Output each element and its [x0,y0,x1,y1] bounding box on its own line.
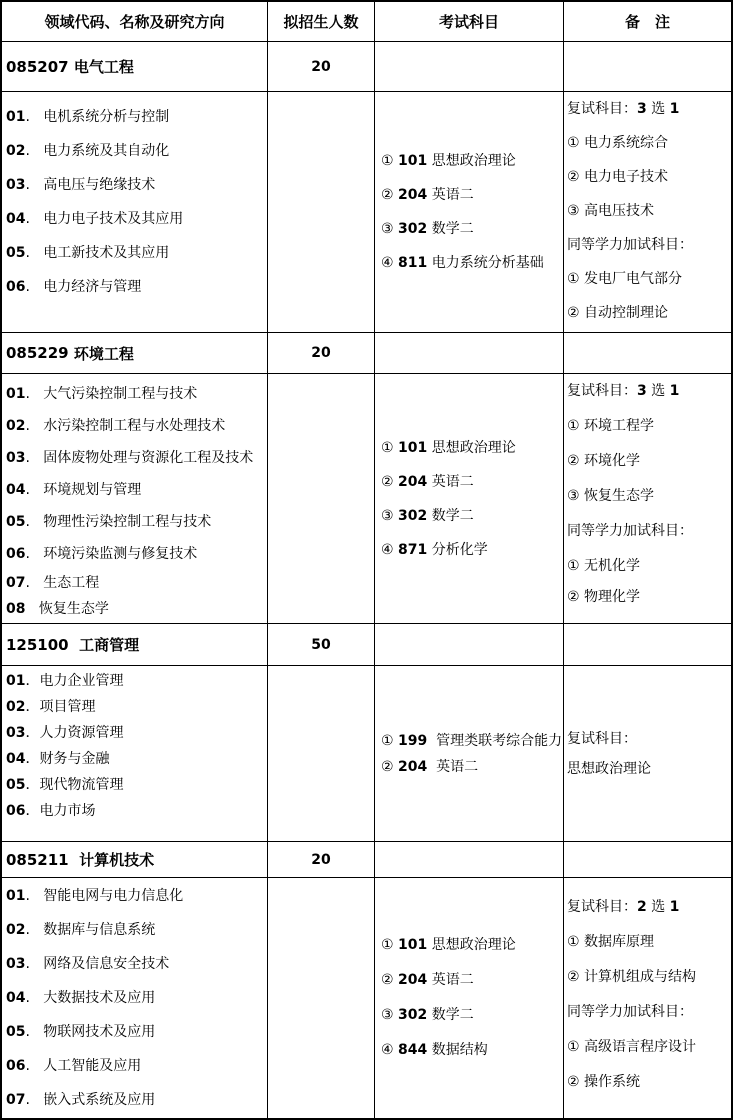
direction-item: 07. 嵌入式系统及应用 [6,1083,267,1117]
remark-item: ② 物理化学 [567,584,731,611]
remarks-list: 复试科目：3 选 1① 环境工程学② 环境化学③ 恢复生态学同等学力加试科目：①… [564,374,731,624]
direction-item: 05. 电工新技术及其应用 [6,236,267,270]
section-body-row: 01. 电机系统分析与控制02. 电力系统及其自动化03. 高电压与绝缘技术04… [2,92,731,333]
remark-item: 思想政治理论 [567,754,731,784]
exam-subject-item: ② 204 英语二 [381,465,563,499]
empty-cell [268,374,375,624]
direction-item: 04．财务与金融 [6,746,267,772]
direction-item: 03．人力资源管理 [6,720,267,746]
enrollment-count: 20 [268,42,375,92]
header-enrollment: 拟招生人数 [268,2,375,42]
direction-item: 06. 人工智能及应用 [6,1049,267,1083]
empty-cell [375,624,564,666]
direction-item: 04. 大数据技术及应用 [6,981,267,1015]
direction-item: 03. 固体废物处理与资源化工程及技术 [6,442,267,474]
remark-item: ② 操作系统 [567,1065,731,1100]
remark-item: ② 计算机组成与结构 [567,960,731,995]
directions-list: 01. 电机系统分析与控制02. 电力系统及其自动化03. 高电压与绝缘技术04… [2,92,268,333]
exam-subject-item: ③ 302 数学二 [381,998,563,1033]
direction-item: 01. 大气污染控制工程与技术 [6,378,267,410]
empty-cell [375,842,564,878]
remark-item: ③ 高电压技术 [567,194,731,228]
exam-subject-item: ④ 811 电力系统分析基础 [381,246,563,280]
empty-cell [564,842,731,878]
directions-list: 01．电力企业管理02．项目管理03．人力资源管理04．财务与金融05．现代物流… [2,666,268,842]
direction-item: 08 恢复生态学 [6,596,267,622]
table-header-row: 领域代码、名称及研究方向 拟招生人数 考试科目 备 注 [2,2,731,42]
remark-item: ① 电力系统综合 [567,126,731,160]
section-code-row: 085211 计算机技术 20 [2,842,731,878]
section-body-row: 01. 智能电网与电力信息化02. 数据库与信息系统03. 网络及信息安全技术0… [2,878,731,1118]
empty-cell [564,333,731,374]
section-body-row: 01．电力企业管理02．项目管理03．人力资源管理04．财务与金融05．现代物流… [2,666,731,842]
direction-item: 06. 环境污染监测与修复技术 [6,538,267,570]
remark-item: ① 数据库原理 [567,925,731,960]
section-code: 085207 电气工程 [2,42,268,92]
section-code-row: 085207 电气工程 20 [2,42,731,92]
exam-subject-item: ④ 871 分析化学 [381,533,563,567]
direction-item: 01. 智能电网与电力信息化 [6,879,267,913]
exam-subject-item: ③ 302 数学二 [381,499,563,533]
remark-item: 复试科目：2 选 1 [567,890,731,925]
empty-cell [564,624,731,666]
exam-subjects-list: ① 199 管理类联考综合能力② 204 英语二 [375,666,564,842]
direction-item: 02．项目管理 [6,694,267,720]
direction-item: 05．现代物流管理 [6,772,267,798]
section-code: 085229 环境工程 [2,333,268,374]
enrollment-count: 20 [268,333,375,374]
exam-subject-item: ④ 844 数据结构 [381,1033,563,1068]
section-code: 085211 计算机技术 [2,842,268,878]
header-remarks: 备 注 [564,2,731,42]
remark-item: ② 环境化学 [567,444,731,479]
empty-cell [375,42,564,92]
direction-item: 02. 电力系统及其自动化 [6,134,267,168]
exam-subject-item: ② 204 英语二 [381,963,563,998]
remark-item: ① 无机化学 [567,549,731,584]
remark-item: 同等学力加试科目： [567,228,731,262]
remark-item: 复试科目：3 选 1 [567,374,731,409]
remark-item: 复试科目： [567,724,731,754]
remark-item: 复试科目：3 选 1 [567,92,731,126]
empty-cell [375,333,564,374]
remark-item: ③ 恢复生态学 [567,479,731,514]
remark-item: ① 环境工程学 [567,409,731,444]
direction-item: 06. 电力经济与管理 [6,270,267,304]
remarks-list: 复试科目：思想政治理论 [564,666,731,842]
direction-item: 03. 网络及信息安全技术 [6,947,267,981]
exam-subjects-list: ① 101 思想政治理论② 204 英语二③ 302 数学二④ 844 数据结构 [375,878,564,1118]
direction-item: 01. 电机系统分析与控制 [6,100,267,134]
admissions-table: 领域代码、名称及研究方向 拟招生人数 考试科目 备 注 085207 电气工程 … [0,0,733,1120]
remark-item: ① 发电厂电气部分 [567,262,731,296]
exam-subject-item: ① 101 思想政治理论 [381,431,563,465]
remarks-list: 复试科目：3 选 1① 电力系统综合② 电力电子技术③ 高电压技术同等学力加试科… [564,92,731,333]
exam-subject-item: ② 204 英语二 [381,754,563,780]
remark-item: ① 高级语言程序设计 [567,1030,731,1065]
exam-subject-item: ① 101 思想政治理论 [381,144,563,178]
remark-item: 同等学力加试科目： [567,514,731,549]
empty-cell [564,42,731,92]
exam-subjects-list: ① 101 思想政治理论② 204 英语二③ 302 数学二④ 811 电力系统… [375,92,564,333]
section-code-row: 085229 环境工程 20 [2,333,731,374]
exam-subject-item: ① 101 思想政治理论 [381,928,563,963]
exam-subject-item: ② 204 英语二 [381,178,563,212]
direction-item: 02. 水污染控制工程与水处理技术 [6,410,267,442]
empty-cell [268,666,375,842]
empty-cell [268,878,375,1118]
section-body-row: 01. 大气污染控制工程与技术02. 水污染控制工程与水处理技术03. 固体废物… [2,374,731,624]
direction-item: 03. 高电压与绝缘技术 [6,168,267,202]
direction-item: 06．电力市场 [6,798,267,824]
direction-item: 07. 生态工程 [6,570,267,596]
remark-item: ② 自动控制理论 [567,296,731,330]
direction-item: 04. 环境规划与管理 [6,474,267,506]
empty-cell [268,92,375,333]
direction-item: 05. 物理性污染控制工程与技术 [6,506,267,538]
exam-subject-item: ③ 302 数学二 [381,212,563,246]
exam-subjects-list: ① 101 思想政治理论② 204 英语二③ 302 数学二④ 871 分析化学 [375,374,564,624]
enrollment-count: 50 [268,624,375,666]
header-field-code: 领域代码、名称及研究方向 [2,2,268,42]
exam-subject-item: ① 199 管理类联考综合能力 [381,728,563,754]
directions-list: 01. 大气污染控制工程与技术02. 水污染控制工程与水处理技术03. 固体废物… [2,374,268,624]
direction-item: 05. 物联网技术及应用 [6,1015,267,1049]
directions-list: 01. 智能电网与电力信息化02. 数据库与信息系统03. 网络及信息安全技术0… [2,878,268,1118]
remark-item: ② 电力电子技术 [567,160,731,194]
direction-item: 04. 电力电子技术及其应用 [6,202,267,236]
remarks-list: 复试科目：2 选 1① 数据库原理② 计算机组成与结构同等学力加试科目：① 高级… [564,878,731,1118]
header-exam-subjects: 考试科目 [375,2,564,42]
direction-item: 02. 数据库与信息系统 [6,913,267,947]
enrollment-count: 20 [268,842,375,878]
remark-item: 同等学力加试科目： [567,995,731,1030]
section-code-row: 125100 工商管理 50 [2,624,731,666]
section-code: 125100 工商管理 [2,624,268,666]
direction-item: 01．电力企业管理 [6,668,267,694]
